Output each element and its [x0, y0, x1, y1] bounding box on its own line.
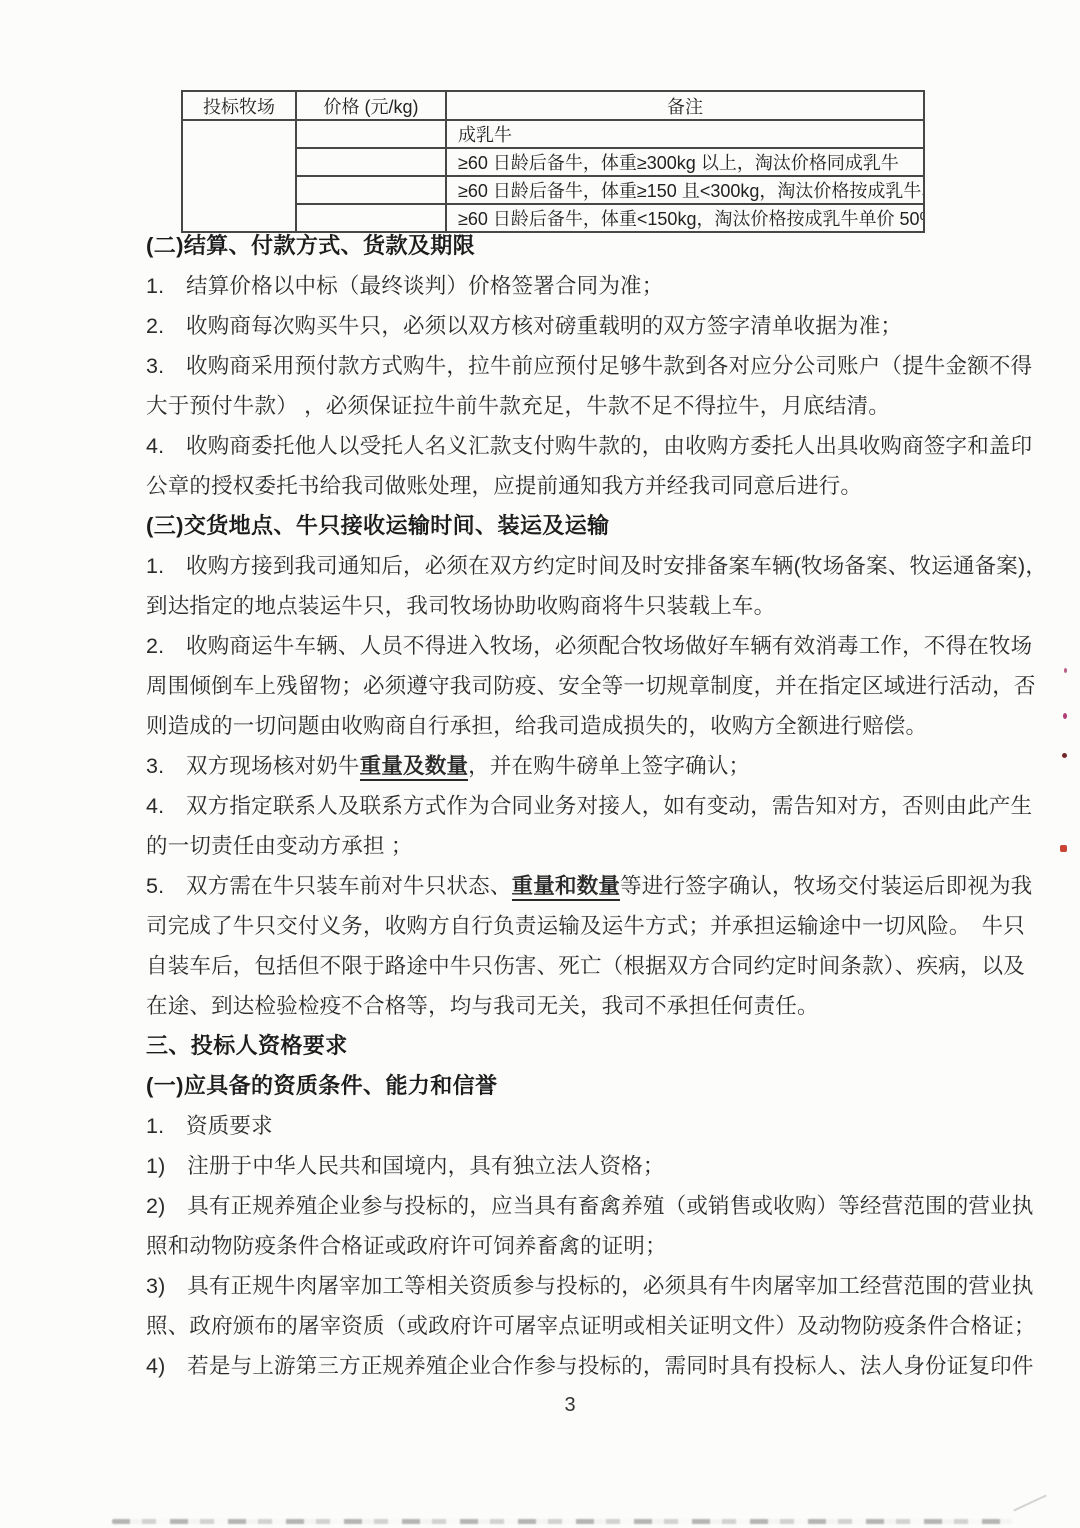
doc-line: 3. 收购商采用预付款方式购牛，拉牛前应预付足够牛款到各对应分公司账户（提牛金额…	[146, 346, 976, 386]
doc-line: 3) 具有正规牛肉屠宰加工等相关资质参与投标的，必须具有牛肉屠宰加工经营范围的营…	[146, 1266, 976, 1306]
table-cell-price-empty	[296, 120, 446, 148]
section-heading-delivery: (三)交货地点、牛只接收运输时间、装运及运输	[146, 506, 976, 546]
scratch-mark	[1013, 1494, 1046, 1511]
doc-line: 在途、到达检验检疫不合格等，均与我司无关，我司不承担任何责任。	[146, 986, 976, 1026]
doc-line: 2. 收购商运牛车辆、人员不得进入牧场，必须配合牧场做好车辆有效消毒工作，不得在…	[146, 626, 976, 666]
page-number: 3	[542, 1394, 598, 1417]
section-heading-bidder-qualification: 三、投标人资格要求	[146, 1026, 976, 1066]
table-cell-price-empty	[296, 148, 446, 176]
red-speck-artifact	[1063, 713, 1067, 719]
doc-line: 4) 若是与上游第三方正规养殖企业合作参与投标的，需同时具有投标人、法人身份证复…	[146, 1346, 976, 1386]
doc-line: 4. 收购商委托他人以受托人名义汇款支付购牛款的，由收购方委托人出具收购商签字和…	[146, 426, 976, 466]
emphasized-text: 重量和数量	[512, 874, 621, 901]
doc-line: 大于预付牛款） ，必须保证拉牛前牛款充足，牛款不足不得拉牛，月底结清。	[146, 386, 976, 426]
doc-line: 自装车后，包括但不限于路途中牛只伤害、死亡（根据双方合同约定时间条款）、疾病，以…	[146, 946, 976, 986]
table-header-remark: 备注	[446, 91, 924, 120]
document-body: (二)结算、付款方式、货款及期限 1. 结算价格以中标（最终谈判）价格签署合同为…	[146, 226, 976, 1386]
doc-line: 照、政府颁布的屠宰资质（或政府许可屠宰点证明或相关证明文件）及动物防疫条件合格证…	[146, 1306, 976, 1346]
doc-line: 到达指定的地点装运牛只，我司牧场协助收购商将牛只装载上车。	[146, 586, 976, 626]
doc-line: 1. 资质要求	[146, 1106, 976, 1146]
table-cell-remark: 成乳牛	[446, 120, 924, 148]
doc-line: 1. 结算价格以中标（最终谈判）价格签署合同为准；	[146, 266, 976, 306]
section-heading-settlement: (二)结算、付款方式、货款及期限	[146, 226, 976, 266]
doc-line: 的一切责任由变动方承担 ；	[146, 826, 976, 866]
table-header-farm: 投标牧场	[182, 91, 296, 120]
price-table: 投标牧场 价格 (元/kg) 备注 成乳牛 ≥60 日龄后备牛，体重≥300kg…	[181, 90, 925, 233]
table-cell-remark: ≥60 日龄后备牛，体重≥150 且<300kg，淘汰价格按成乳牛单价 70%。	[446, 176, 924, 204]
doc-line: 1. 收购方接到我司通知后，必须在双方约定时间及时安排备案车辆(牧场备案、牧运通…	[146, 546, 976, 586]
red-speck-artifact	[1062, 753, 1067, 758]
doc-line-text: 等进行签字确认，牧场交付装运后即视为我	[620, 874, 1032, 898]
doc-line: 照和动物防疫条件合格证或政府许可饲养畜禽的证明；	[146, 1226, 976, 1266]
doc-line: 公章的授权委托书给我司做账处理，应提前通知我方并经我司同意后进行。	[146, 466, 976, 506]
doc-line: 司完成了牛只交付义务，收购方自行负责运输及运牛方式；并承担运输途中一切风险。 牛…	[146, 906, 976, 946]
table-cell-remark: ≥60 日龄后备牛，体重≥300kg 以上，淘汰价格同成乳牛	[446, 148, 924, 176]
scan-edge-artifact	[112, 1519, 1012, 1524]
doc-line: 4. 双方指定联系人及联系方式作为合同业务对接人，如有变动，需告知对方，否则由此…	[146, 786, 976, 826]
red-speck-artifact	[1064, 668, 1067, 673]
table-cell-farm-empty	[182, 120, 296, 232]
doc-line-text: ，并在购牛磅单上签字确认；	[468, 754, 750, 778]
table-cell-price-empty	[296, 176, 446, 204]
doc-line: 5. 双方需在牛只装车前对牛只状态、重量和数量等进行签字确认，牧场交付装运后即视…	[146, 866, 976, 906]
doc-line: 2) 具有正规养殖企业参与投标的，应当具有畜禽养殖（或销售或收购）等经营范围的营…	[146, 1186, 976, 1226]
doc-line-text: 5. 双方需在牛只装车前对牛只状态、	[146, 874, 512, 898]
section-heading-qualification-conditions: (一)应具备的资质条件、能力和信誉	[146, 1066, 976, 1106]
table-header-row: 投标牧场 价格 (元/kg) 备注	[182, 91, 924, 120]
document-page: 投标牧场 价格 (元/kg) 备注 成乳牛 ≥60 日龄后备牛，体重≥300kg…	[0, 0, 1080, 1528]
emphasized-text: 重量及数量	[360, 754, 469, 781]
doc-line: 周围倾倒车上残留物；必须遵守我司防疫、安全等一切规章制度，并在指定区域进行活动，…	[146, 666, 976, 706]
doc-line: 2. 收购商每次购买牛只，必须以双方核对磅重载明的双方签字清单收据为准；	[146, 306, 976, 346]
doc-line: 1) 注册于中华人民共和国境内，具有独立法人资格；	[146, 1146, 976, 1186]
table-header-price: 价格 (元/kg)	[296, 91, 446, 120]
doc-line: 则造成的一切问题由收购商自行承担，给我司造成损失的，收购方全额进行赔偿。	[146, 706, 976, 746]
table-row: 成乳牛	[182, 120, 924, 148]
doc-line-text: 3. 双方现场核对奶牛	[146, 754, 360, 778]
red-speck-artifact	[1060, 845, 1067, 852]
doc-line: 3. 双方现场核对奶牛重量及数量，并在购牛磅单上签字确认；	[146, 746, 976, 786]
